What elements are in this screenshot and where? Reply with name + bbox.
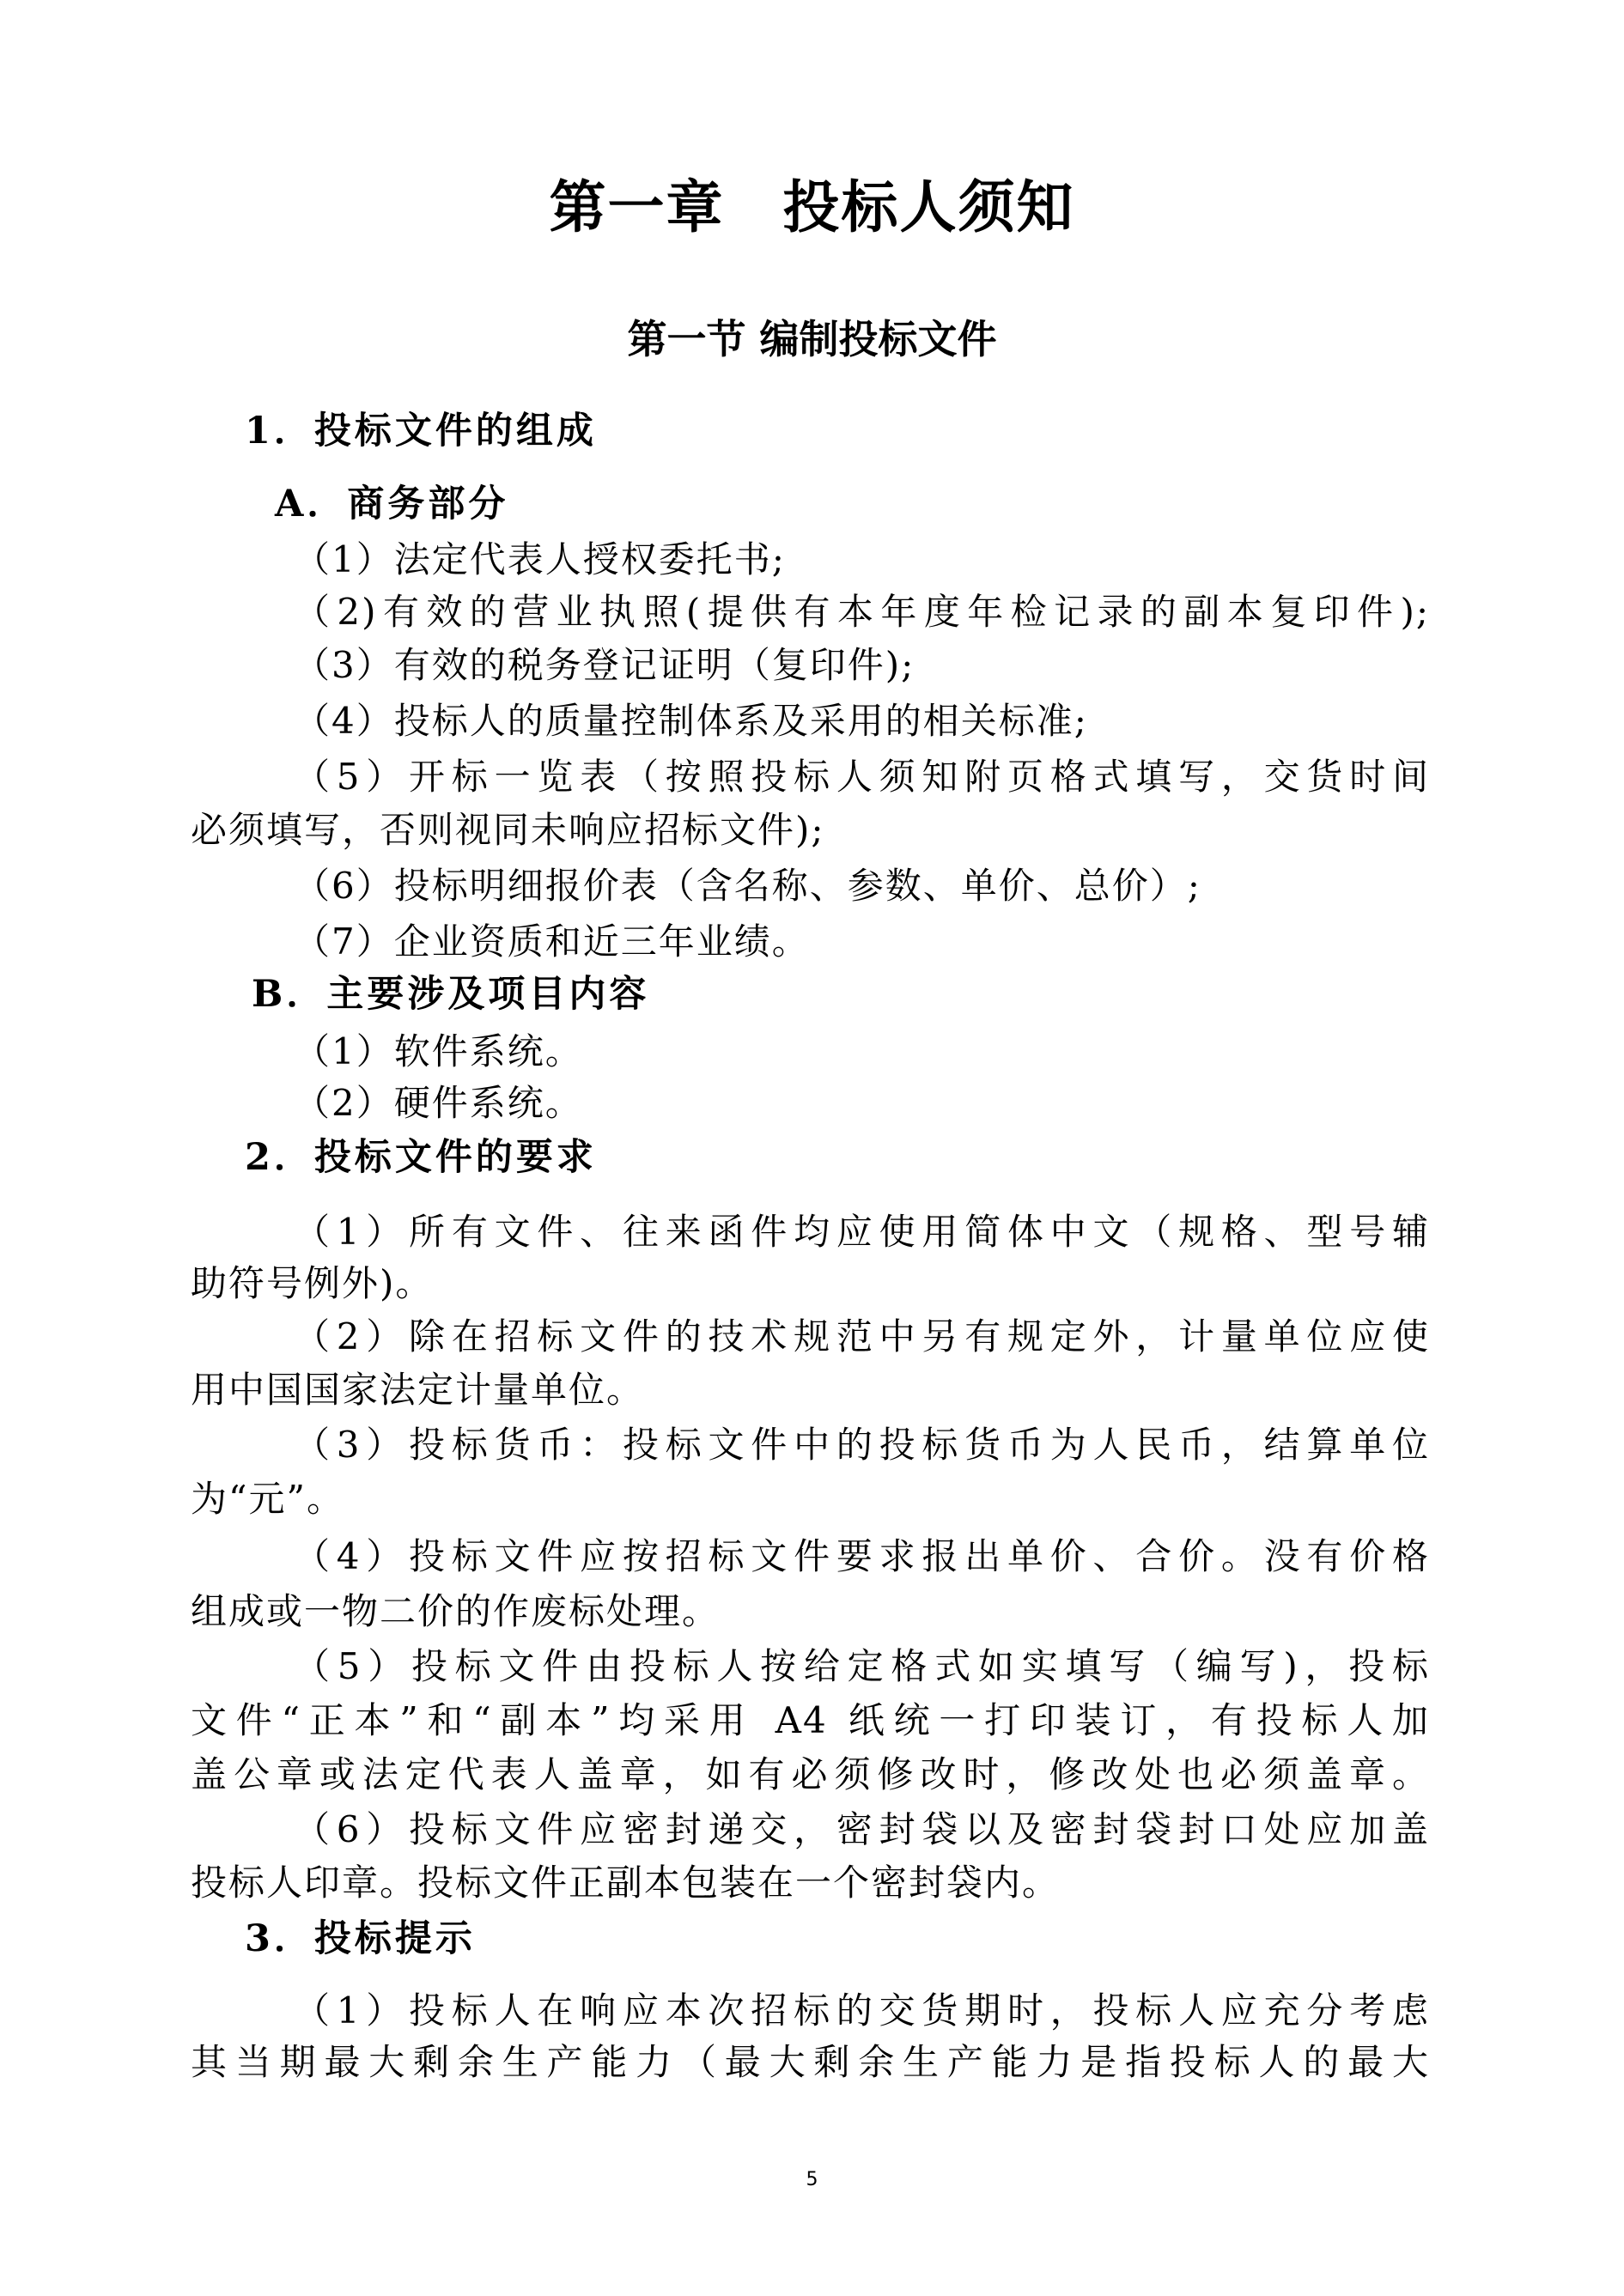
paragraph-line: 助符号例外)。 [191,1266,433,1302]
paragraph-line: 组成或一物二价的作废标处理。 [191,1594,720,1630]
chapter-title: 第一章 投标人须知 [0,179,1624,236]
paragraph-line: 为“元”。 [191,1481,344,1517]
section-heading-1: 1．投标文件的组成 [245,413,597,450]
paragraph-line: 用中国国家法定计量单位。 [191,1372,644,1408]
section-heading-3: 3．投标提示 [245,1921,476,1958]
list-item: （3）有效的税务登记证明（复印件); [294,647,915,683]
list-item: （1）法定代表人授权委托书; [294,542,786,578]
list-item-continuation: 必须填写，否则视同未响应招标文件); [191,812,825,848]
paragraph-line: （1）所有文件、往来函件均应使用简体中文（规格、型号辅 [294,1214,1430,1250]
paragraph-line: （1）投标人在响应本次招标的交货期时，投标人应充分考虑 [294,1993,1430,2029]
subsection-heading-a: A．商务部分 [275,486,508,523]
paragraph-line: 其当期最大剩余生产能力（最大剩余生产能力是指投标人的最大 [191,2044,1430,2080]
section-heading-2: 2．投标文件的要求 [245,1139,597,1176]
paragraph-line: 投标人印章。投标文件正副本包装在一个密封袋内。 [191,1865,1060,1901]
paragraph-line: （6）投标文件应密封递交，密封袋以及密封袋封口处应加盖 [294,1812,1430,1848]
document-page: 第一章 投标人须知 第一节 编制投标文件 1．投标文件的组成 A．商务部分 （1… [0,0,1624,2296]
section-title: 第一节 编制投标文件 [0,319,1624,359]
list-item: （1）软件系统。 [294,1034,583,1070]
paragraph-line: （3）投标货币：投标文件中的投标货币为人民币，结算单位 [294,1427,1430,1463]
list-item: （6）投标明细报价表（含名称、参数、单价、总价）; [294,868,1201,904]
subsection-heading-b: B．主要涉及项目内容 [252,976,649,1013]
paragraph-line: 盖公章或法定代表人盖章，如有必须修改时，修改处也必须盖章。 [191,1757,1430,1793]
paragraph-line: （5）投标文件由投标人按给定格式如实填写（编写)，投标 [294,1649,1430,1685]
list-item: （2)有效的营业执照(提供有本年度年检记录的副本复印件); [294,594,1430,630]
page-number: 5 [0,2171,1624,2190]
list-item: （4）投标人的质量控制体系及采用的相关标准; [294,703,1088,739]
paragraph-line: 文件“正本”和“副本”均采用 A4 纸统一打印装订，有投标人加 [191,1703,1430,1739]
paragraph-line: （4）投标文件应按招标文件要求报出单价、合价。没有价格 [294,1539,1430,1575]
paragraph-line: （2）除在招标文件的技术规范中另有规定外，计量单位应使 [294,1319,1430,1355]
list-item: （5）开标一览表（按照投标人须知附页格式填写，交货时间 [294,759,1430,795]
list-item: （7）企业资质和近三年业绩。 [294,924,810,960]
list-item: （2）硬件系统。 [294,1085,583,1121]
